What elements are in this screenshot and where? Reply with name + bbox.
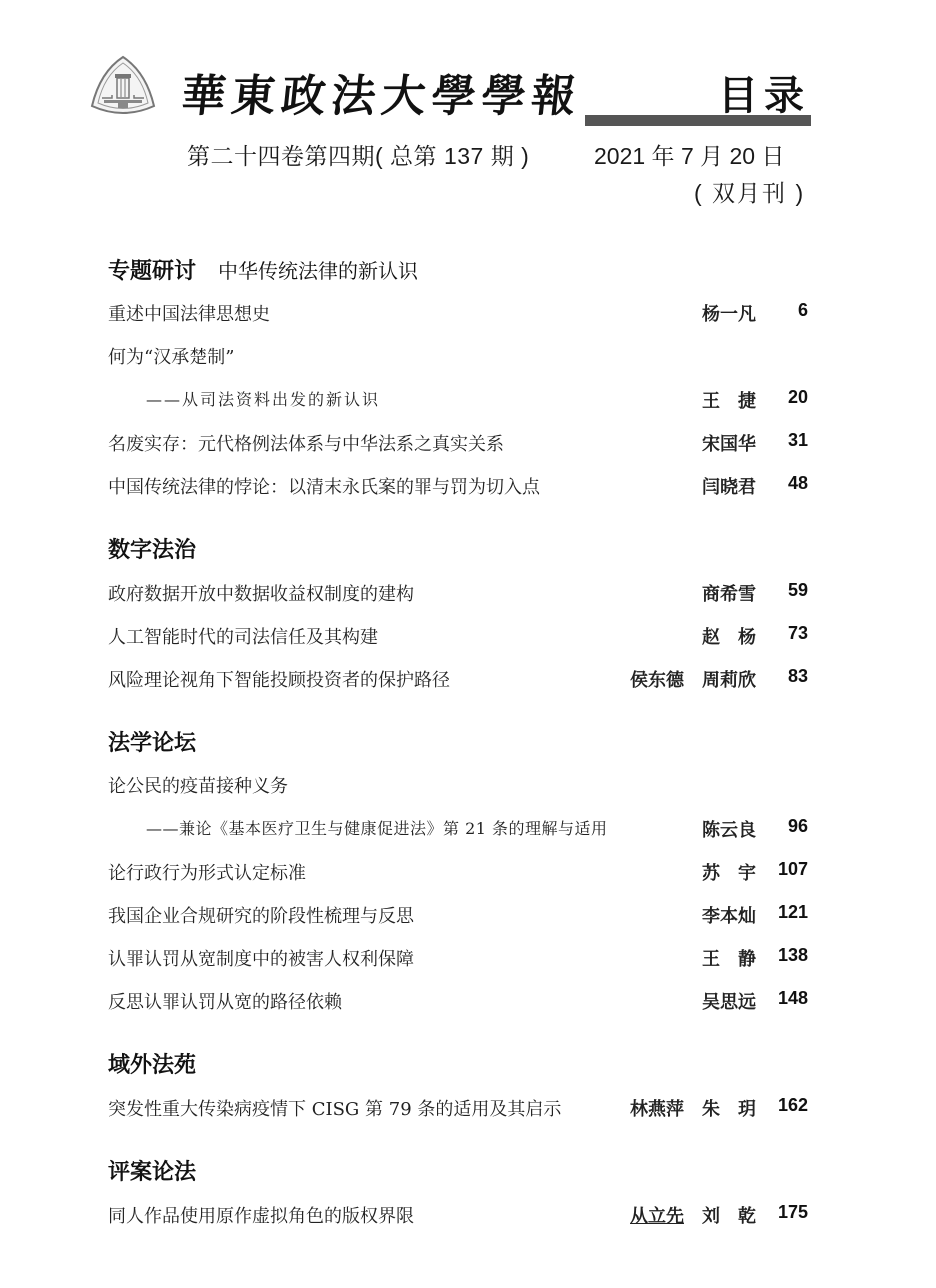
journal-title: 華東政法大學學報 [179,60,586,124]
section-subtitle: 中华传统法律的新认识 [218,259,418,283]
toc-entry[interactable]: 论行政行为形式认定标准 苏 宇 107 [108,859,808,887]
article-authors: 赵 杨 [684,623,756,649]
article-title: 何为“汉承楚制” [108,343,234,369]
article-authors: 商希雪 [684,580,756,606]
page-number: 31 [764,430,808,451]
section-title: 数字法治 [108,538,196,563]
article-title: 突发性重大传染病疫情下 CISG 第 79 条的适用及其启示 [108,1095,561,1121]
page-number: 121 [764,902,808,923]
toc-entry-continuation[interactable]: ——兼论《基本医疗卫生与健康促进法》第 21 条的理解与适用 陈云良 96 [108,816,808,844]
publication-frequency: ( 双月刊 ) [694,175,805,208]
header-divider-bar [585,115,811,126]
article-authors: 苏 宇 [684,859,756,885]
toc-entry[interactable]: 论公民的疫苗接种义务 [108,772,808,800]
page-number: 6 [764,300,808,321]
article-authors: 杨一凡 [684,300,756,326]
toc-entry[interactable]: 政府数据开放中数据收益权制度的建构 商希雪 59 [108,580,808,608]
article-authors: 林燕萍朱 玥 [612,1095,756,1121]
section-title: 专题研讨 [108,259,196,284]
toc-entry[interactable]: 同人作品使用原作虚拟角色的版权界限 从立先刘 乾 175 [108,1202,808,1230]
article-title: 我国企业合规研究的阶段性梳理与反思 [108,902,414,928]
page-number: 48 [764,473,808,494]
article-title: 重述中国法律思想史 [108,300,270,326]
toc-entry[interactable]: 反思认罪认罚从宽的路径依赖 吴思远 148 [108,988,808,1016]
article-authors: 吴思远 [684,988,756,1014]
publication-date: 2021 年 7 月 20 日 [594,138,785,171]
article-authors: 闫晓君 [684,473,756,499]
toc-entry[interactable]: 人工智能时代的司法信任及其构建 赵 杨 73 [108,623,808,651]
issue-line: 第二十四卷第四期( 总第 137 期 ) [187,138,529,171]
section-heading: 评案论法 [108,1155,196,1186]
article-title: 政府数据开放中数据收益权制度的建构 [108,580,414,606]
article-title: 论公民的疫苗接种义务 [108,772,288,798]
page-number: 20 [764,387,808,408]
page-number: 107 [764,859,808,880]
page-number: 148 [764,988,808,1009]
toc-label: 目录 [718,64,810,121]
university-emblem-icon [88,54,158,120]
article-authors: 从立先刘 乾 [612,1202,756,1228]
toc-entry-continuation[interactable]: ——从司法资料出发的新认识 王 捷 20 [108,387,808,415]
page-number: 73 [764,623,808,644]
section-title: 评案论法 [108,1160,196,1185]
article-title: 反思认罪认罚从宽的路径依赖 [108,988,342,1014]
toc-entry[interactable]: 中国传统法律的悖论：以清末永氏案的罪与罚为切入点 闫晓君 48 [108,473,808,501]
page-number: 175 [764,1202,808,1223]
toc-entry[interactable]: 认罪认罚从宽制度中的被害人权利保障 王 静 138 [108,945,808,973]
toc-entry[interactable]: 重述中国法律思想史 杨一凡 6 [108,300,808,328]
page-number: 162 [764,1095,808,1116]
section-heading: 专题研讨中华传统法律的新认识 [108,254,418,285]
article-title: 名废实存：元代格例法体系与中华法系之真实关系 [108,430,504,456]
article-subtitle: ——从司法资料出发的新认识 [146,387,380,410]
page-number: 96 [764,816,808,837]
toc-entry[interactable]: 名废实存：元代格例法体系与中华法系之真实关系 宋国华 31 [108,430,808,458]
section-title: 法学论坛 [108,731,196,756]
article-authors: 王 静 [684,945,756,971]
section-heading: 域外法苑 [108,1048,196,1079]
article-subtitle: ——兼论《基本医疗卫生与健康促进法》第 21 条的理解与适用 [146,816,608,839]
toc-entry[interactable]: 我国企业合规研究的阶段性梳理与反思 李本灿 121 [108,902,808,930]
section-title: 域外法苑 [108,1053,196,1078]
article-authors: 陈云良 [684,816,756,842]
toc-entry[interactable]: 何为“汉承楚制” [108,343,808,371]
article-title: 中国传统法律的悖论：以清末永氏案的罪与罚为切入点 [108,473,540,499]
article-authors: 宋国华 [684,430,756,456]
article-authors: 王 捷 [684,387,756,413]
article-title: 同人作品使用原作虚拟角色的版权界限 [108,1202,414,1228]
article-title: 论行政行为形式认定标准 [108,859,306,885]
article-title: 人工智能时代的司法信任及其构建 [108,623,378,649]
article-title: 风险理论视角下智能投顾投资者的保护路径 [108,666,450,692]
article-authors: 李本灿 [684,902,756,928]
page-number: 59 [764,580,808,601]
article-title: 认罪认罚从宽制度中的被害人权利保障 [108,945,414,971]
toc-entry[interactable]: 突发性重大传染病疫情下 CISG 第 79 条的适用及其启示 林燕萍朱 玥 16… [108,1095,808,1123]
page-number: 138 [764,945,808,966]
article-authors: 侯东德周莉欣 [612,666,756,692]
page-number: 83 [764,666,808,687]
toc-entry[interactable]: 风险理论视角下智能投顾投资者的保护路径 侯东德周莉欣 83 [108,666,808,694]
section-heading: 法学论坛 [108,726,196,757]
section-heading: 数字法治 [108,533,196,564]
